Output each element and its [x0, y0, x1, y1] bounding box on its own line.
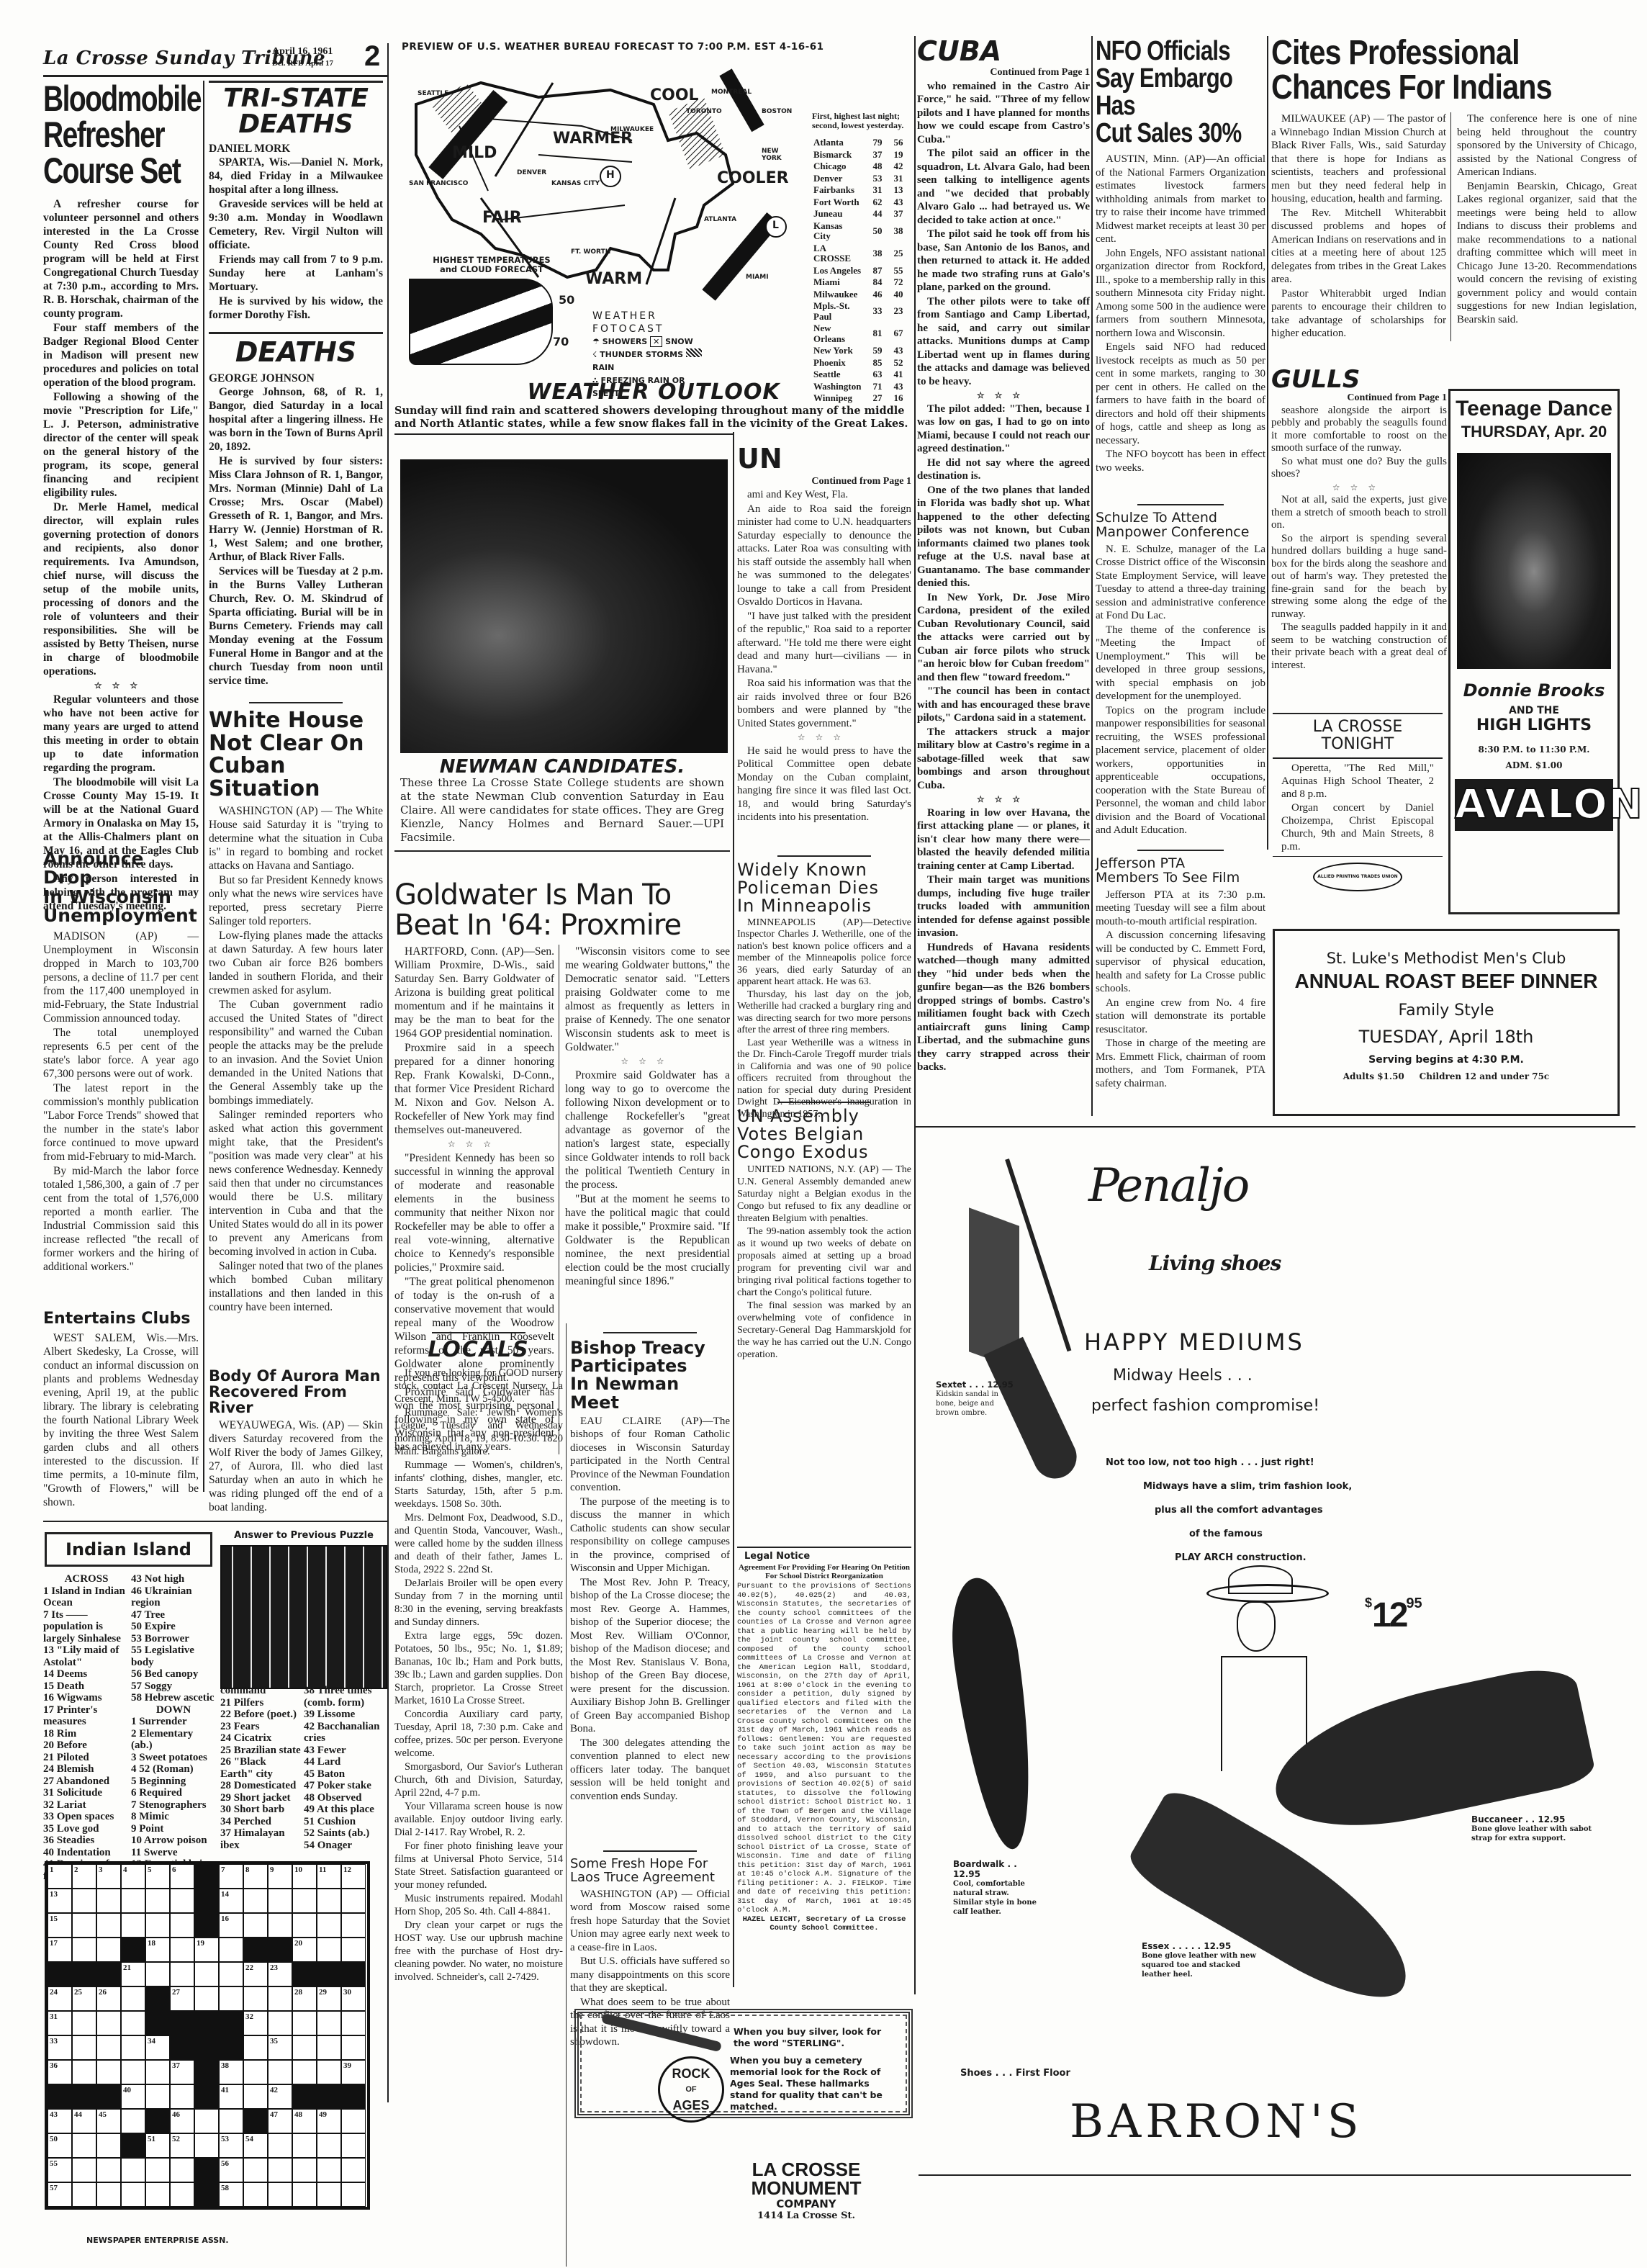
article-body: MADISON (AP) — Unemployment in Wisconsin… [43, 930, 199, 1274]
locals-section: LOCALS If you are looking for GOOD nurse… [394, 1332, 563, 1984]
product-essex: Essex . . . . . 12.95 Bone glove leather… [1142, 1941, 1271, 1979]
boardwalk-shoe-illustration [943, 1574, 1045, 1854]
penaljo-logo: Penaljo [1088, 1159, 1248, 1212]
clues-across: ACROSS 1 Island in Indian Ocean 7 Its ——… [43, 1573, 130, 1882]
temperature-inset: HIGHEST TEMPERATURES and CLOUD FORECAST … [409, 256, 574, 365]
temps-row: Denver5331 [813, 174, 913, 184]
monument-ad[interactable]: ROCK OF AGES When you buy silver, look f… [574, 2009, 913, 2118]
article-body: MINNEAPOLIS (AP)—Detective Inspector Cha… [737, 917, 911, 1121]
section-rule [43, 1521, 387, 1522]
clues-across-down: 43 Not high 46 Ukrainian region 47 Tree … [131, 1573, 216, 1882]
article-body: Jefferson PTA at its 7:30 p.m. meeting T… [1096, 888, 1265, 1091]
article-aurora-man: Body Of Aurora Man Recovered From River … [209, 1368, 383, 1515]
clues-down-3: 38 Three times (comb. form) 39 Lissome 4… [304, 1685, 387, 1851]
obituary-mork: DANIEL MORK SPARTA, Wis.—Daniel N. Mork,… [209, 142, 383, 322]
headline: UN Assembly Votes Belgian Congo Exodus [737, 1107, 911, 1162]
article-body: N. E. Schulze, manager of the La Crosse … [1096, 543, 1265, 837]
answer-grid [220, 1545, 387, 1689]
headline: Cites Professional Chances For Indians [1271, 36, 1643, 105]
article-body: Continued from Page 1 who remained in th… [917, 66, 1090, 1074]
crossword-title-box: Indian Island [45, 1532, 212, 1567]
headline: Some Fresh Hope For Laos Truce Agreement [570, 1858, 730, 1885]
article-body: AUSTIN, Minn. (AP)—An official of the Na… [1096, 153, 1265, 474]
article-gulls: GULLS Continued from Page 1 seashore alo… [1271, 367, 1447, 672]
clues-down-2: command 21 Pilfers 22 Before (poet.) 23 … [220, 1685, 301, 1851]
article-indians: Cites Professional Chances For Indians M… [1271, 36, 1642, 341]
temps-row: Kansas City5038 [813, 221, 913, 242]
crossword-grid[interactable]: 123456789101112 1314 1516 17181920 21222… [45, 1861, 370, 2210]
article-bishop-treacy: Bishop Treacy Participates In Newman Mee… [570, 1332, 730, 1804]
headline: NFO Officials Say Embargo Has Cut Sales … [1096, 37, 1267, 147]
article-nfo: NFO Officials Say Embargo Has Cut Sales … [1096, 37, 1265, 475]
temps-row: Chicago4842 [813, 161, 913, 172]
divider [249, 702, 343, 703]
masthead: La Crosse Sunday Tribune April 16, 1961 … [43, 45, 389, 73]
article-bloodmobile: Bloodmobile Refresher Course Set A refre… [43, 81, 199, 914]
temps-row: New York5943 [813, 346, 913, 356]
sextet-sandal-illustration [955, 1159, 1098, 1476]
happy-mediums-headline: HAPPY MEDIUMS [1084, 1328, 1304, 1356]
temps-row: New Orleans8167 [813, 323, 913, 344]
separator-stars: ☆☆☆ [43, 679, 199, 693]
article-body: UNITED NATIONS, N.Y. (AP) — The U.N. Gen… [737, 1164, 911, 1361]
barrons-shoe-ad[interactable]: Sextet . . . 12.95 Kidskin sandal in bon… [919, 1130, 1638, 2254]
temps-row: Phoenix8552 [813, 358, 913, 369]
article-un: UN Continued from Page 1 ami and Key Wes… [737, 445, 911, 825]
rock-of-ages-seal: ROCK OF AGES [658, 2056, 724, 2123]
article-body: EAU CLAIRE (AP)—The bishops of four Roma… [570, 1415, 730, 1804]
headline: Announce Drop In Wisconsin Unemployment [43, 850, 199, 925]
barrons-logo: BARRON'S [1070, 2095, 1363, 2148]
article-body: WEST SALEM, Wis.—Mrs. Albert Skedesky, L… [43, 1331, 199, 1509]
column-divider [1091, 36, 1093, 1116]
page-number: 2 [364, 40, 380, 73]
headline: Bishop Treacy Participates In Newman Mee… [570, 1339, 730, 1412]
headline: Body Of Aurora Man Recovered From River [209, 1368, 383, 1416]
weather-outlook: WEATHER OUTLOOK Sunday will find rain an… [394, 382, 913, 435]
monument-company: LA CROSSE MONUMENT COMPANY 1414 La Cross… [705, 2160, 907, 2221]
avalon-dance-ad[interactable]: Teenage Dance THURSDAY, Apr. 20 Donnie B… [1448, 389, 1620, 914]
roast-beef-dinner-ad[interactable]: St. Luke's Methodist Men's Club ANNUAL R… [1273, 929, 1620, 1116]
union-label-logo: ALLIED PRINTING TRADES UNION LABEL COUNC… [1313, 863, 1402, 891]
obituary-johnson: GEORGE JOHNSON George Johnson, 68, of R.… [209, 372, 383, 688]
column-divider [387, 43, 389, 2102]
product-buccaneer: Buccaneer . . 12.95 Bone glove leather w… [1471, 1814, 1601, 1843]
temps-row: Fairbanks3113 [813, 185, 913, 196]
article-cuba: CUBA Continued from Page 1 who remained … [917, 37, 1090, 1075]
tristate-deaths-section: TRI-STATE DEATHS DANIEL MORK SPARTA, Wis… [209, 81, 383, 688]
article-schulze: Schulze To Attend Manpower Conference N.… [1096, 504, 1265, 838]
headline: Jefferson PTA Members To See Film [1096, 857, 1265, 886]
temps-row: Juneau4437 [813, 209, 913, 220]
answer-previous-puzzle: Answer to Previous Puzzle [220, 1530, 387, 1689]
price-tag: $1295 [1365, 1596, 1422, 1635]
temperature-table: First, highest last night; second, lowes… [812, 112, 913, 405]
column-divider [203, 81, 204, 1492]
temps-row: Miami8472 [813, 277, 913, 288]
delivery-text: Del. RFD April 17 [272, 58, 333, 69]
weather-forecast-map: PREVIEW OF U.S. WEATHER BUREAU FORECAST … [394, 40, 913, 385]
temps-row: Mpls.-St. Paul3323 [813, 301, 913, 322]
crossword-puzzle: Indian Island Answer to Previous Puzzle … [43, 1530, 387, 2250]
locals-list: If you are looking for GOOD nursery stoc… [394, 1367, 563, 1984]
rain-icon [686, 348, 702, 357]
band-photo [1457, 453, 1611, 669]
ad-body-copy: Not too low, not too high . . . just rig… [1091, 1451, 1437, 1570]
article-body: WEYAUWEGA, Wis. (AP) — Skin divers Satur… [209, 1418, 383, 1514]
temps-row: Atlanta7956 [813, 138, 913, 148]
headline: Goldwater Is Man To Beat In '64: Proxmir… [394, 880, 730, 940]
newman-photo-section: NEWMAN CANDIDATES. These three La Crosse… [394, 445, 730, 852]
temps-row: LA CROSSE3825 [813, 243, 913, 264]
date-text: April 16, 1961 [272, 46, 333, 58]
temps-table: Atlanta7956Bismarck3719Chicago4842Denver… [812, 136, 914, 405]
article-unemployment: Announce Drop In Wisconsin Unemployment … [43, 850, 199, 1274]
section-rule [916, 1126, 1635, 1128]
deaths-header: DEATHS [209, 332, 383, 366]
article-entertains-clubs: Entertains Clubs WEST SALEM, Wis.—Mrs. A… [43, 1310, 199, 1510]
headline: CUBA [917, 37, 1090, 65]
article-pta: Jefferson PTA Members To See Film Jeffer… [1096, 850, 1265, 1091]
showers-icon: ☂ [592, 337, 603, 346]
headline: Entertains Clubs [43, 1310, 199, 1327]
thunderstorm-icon: ☇ [592, 350, 600, 359]
article-policeman: Widely Known Policeman Dies In Minneapol… [737, 855, 911, 1121]
temps-row: Fort Worth6243 [813, 197, 913, 208]
headline: Bloodmobile Refresher Course Set [43, 81, 200, 189]
article-body: WASHINGTON (AP) — The White House said S… [209, 804, 383, 1314]
product-boardwalk: Boardwalk . . 12.95 Cool, comfortable na… [953, 1859, 1039, 1917]
issue-date: April 16, 1961 Del. RFD April 17 [272, 46, 333, 69]
article-body-col-b: The conference here is one of nine being… [1457, 112, 1637, 341]
headline: White House Not Clear On Cuban Situation [209, 709, 383, 800]
masthead-rule [43, 75, 387, 77]
headline: Widely Known Policeman Dies In Minneapol… [737, 861, 911, 916]
headline: UN [737, 445, 911, 474]
article-un-congo: UN Assembly Votes Belgian Congo Exodus U… [737, 1102, 911, 1362]
newman-candidates-photo [400, 459, 728, 753]
article-white-house: White House Not Clear On Cuban Situation… [209, 702, 383, 1315]
headline: Schulze To Attend Manpower Conference [1096, 511, 1265, 540]
column-divider [1267, 36, 1268, 850]
article-body: Continued from Page 1 ami and Key West, … [737, 475, 911, 824]
article-body: Continued from Page 1 seashore alongside… [1271, 392, 1447, 672]
tristate-header: TRI-STATE DEATHS [209, 81, 383, 138]
temps-row: Seattle6341 [813, 369, 913, 380]
crossword-credit: NEWSPAPER ENTERPRISE ASSN. [86, 2236, 229, 2245]
legal-notice: Legal Notice Agreement For Providing For… [737, 1547, 911, 1933]
temps-row: Milwaukee4640 [813, 289, 913, 300]
la-crosse-tonight: LA CROSSE TONIGHT Operetta, "The Red Mil… [1273, 713, 1443, 891]
avalon-logo: AVALON [1455, 779, 1613, 831]
inset-map [409, 279, 553, 365]
photo-title: NEWMAN CANDIDATES. [394, 757, 730, 776]
temps-row: Los Angeles8755 [813, 266, 913, 276]
article-body: A refresher course for volunteer personn… [43, 197, 199, 913]
photo-caption: These three La Crosse State College stud… [394, 776, 730, 845]
spoon-icon [601, 2013, 722, 2053]
article-body-col-a: MILWAUKEE (AP) — The pastor of a Winneba… [1271, 112, 1451, 341]
product-sextet: Sextet . . . 12.95 Kidskin sandal in bon… [936, 1380, 1015, 1418]
headline: GULLS [1271, 367, 1447, 392]
snow-icon: ✕ [650, 336, 662, 347]
living-shoes-tagline: Living shoes [1149, 1251, 1281, 1275]
temps-row: Bismarck3719 [813, 150, 913, 161]
column-divider [733, 432, 734, 1987]
column-divider [566, 1323, 567, 2267]
